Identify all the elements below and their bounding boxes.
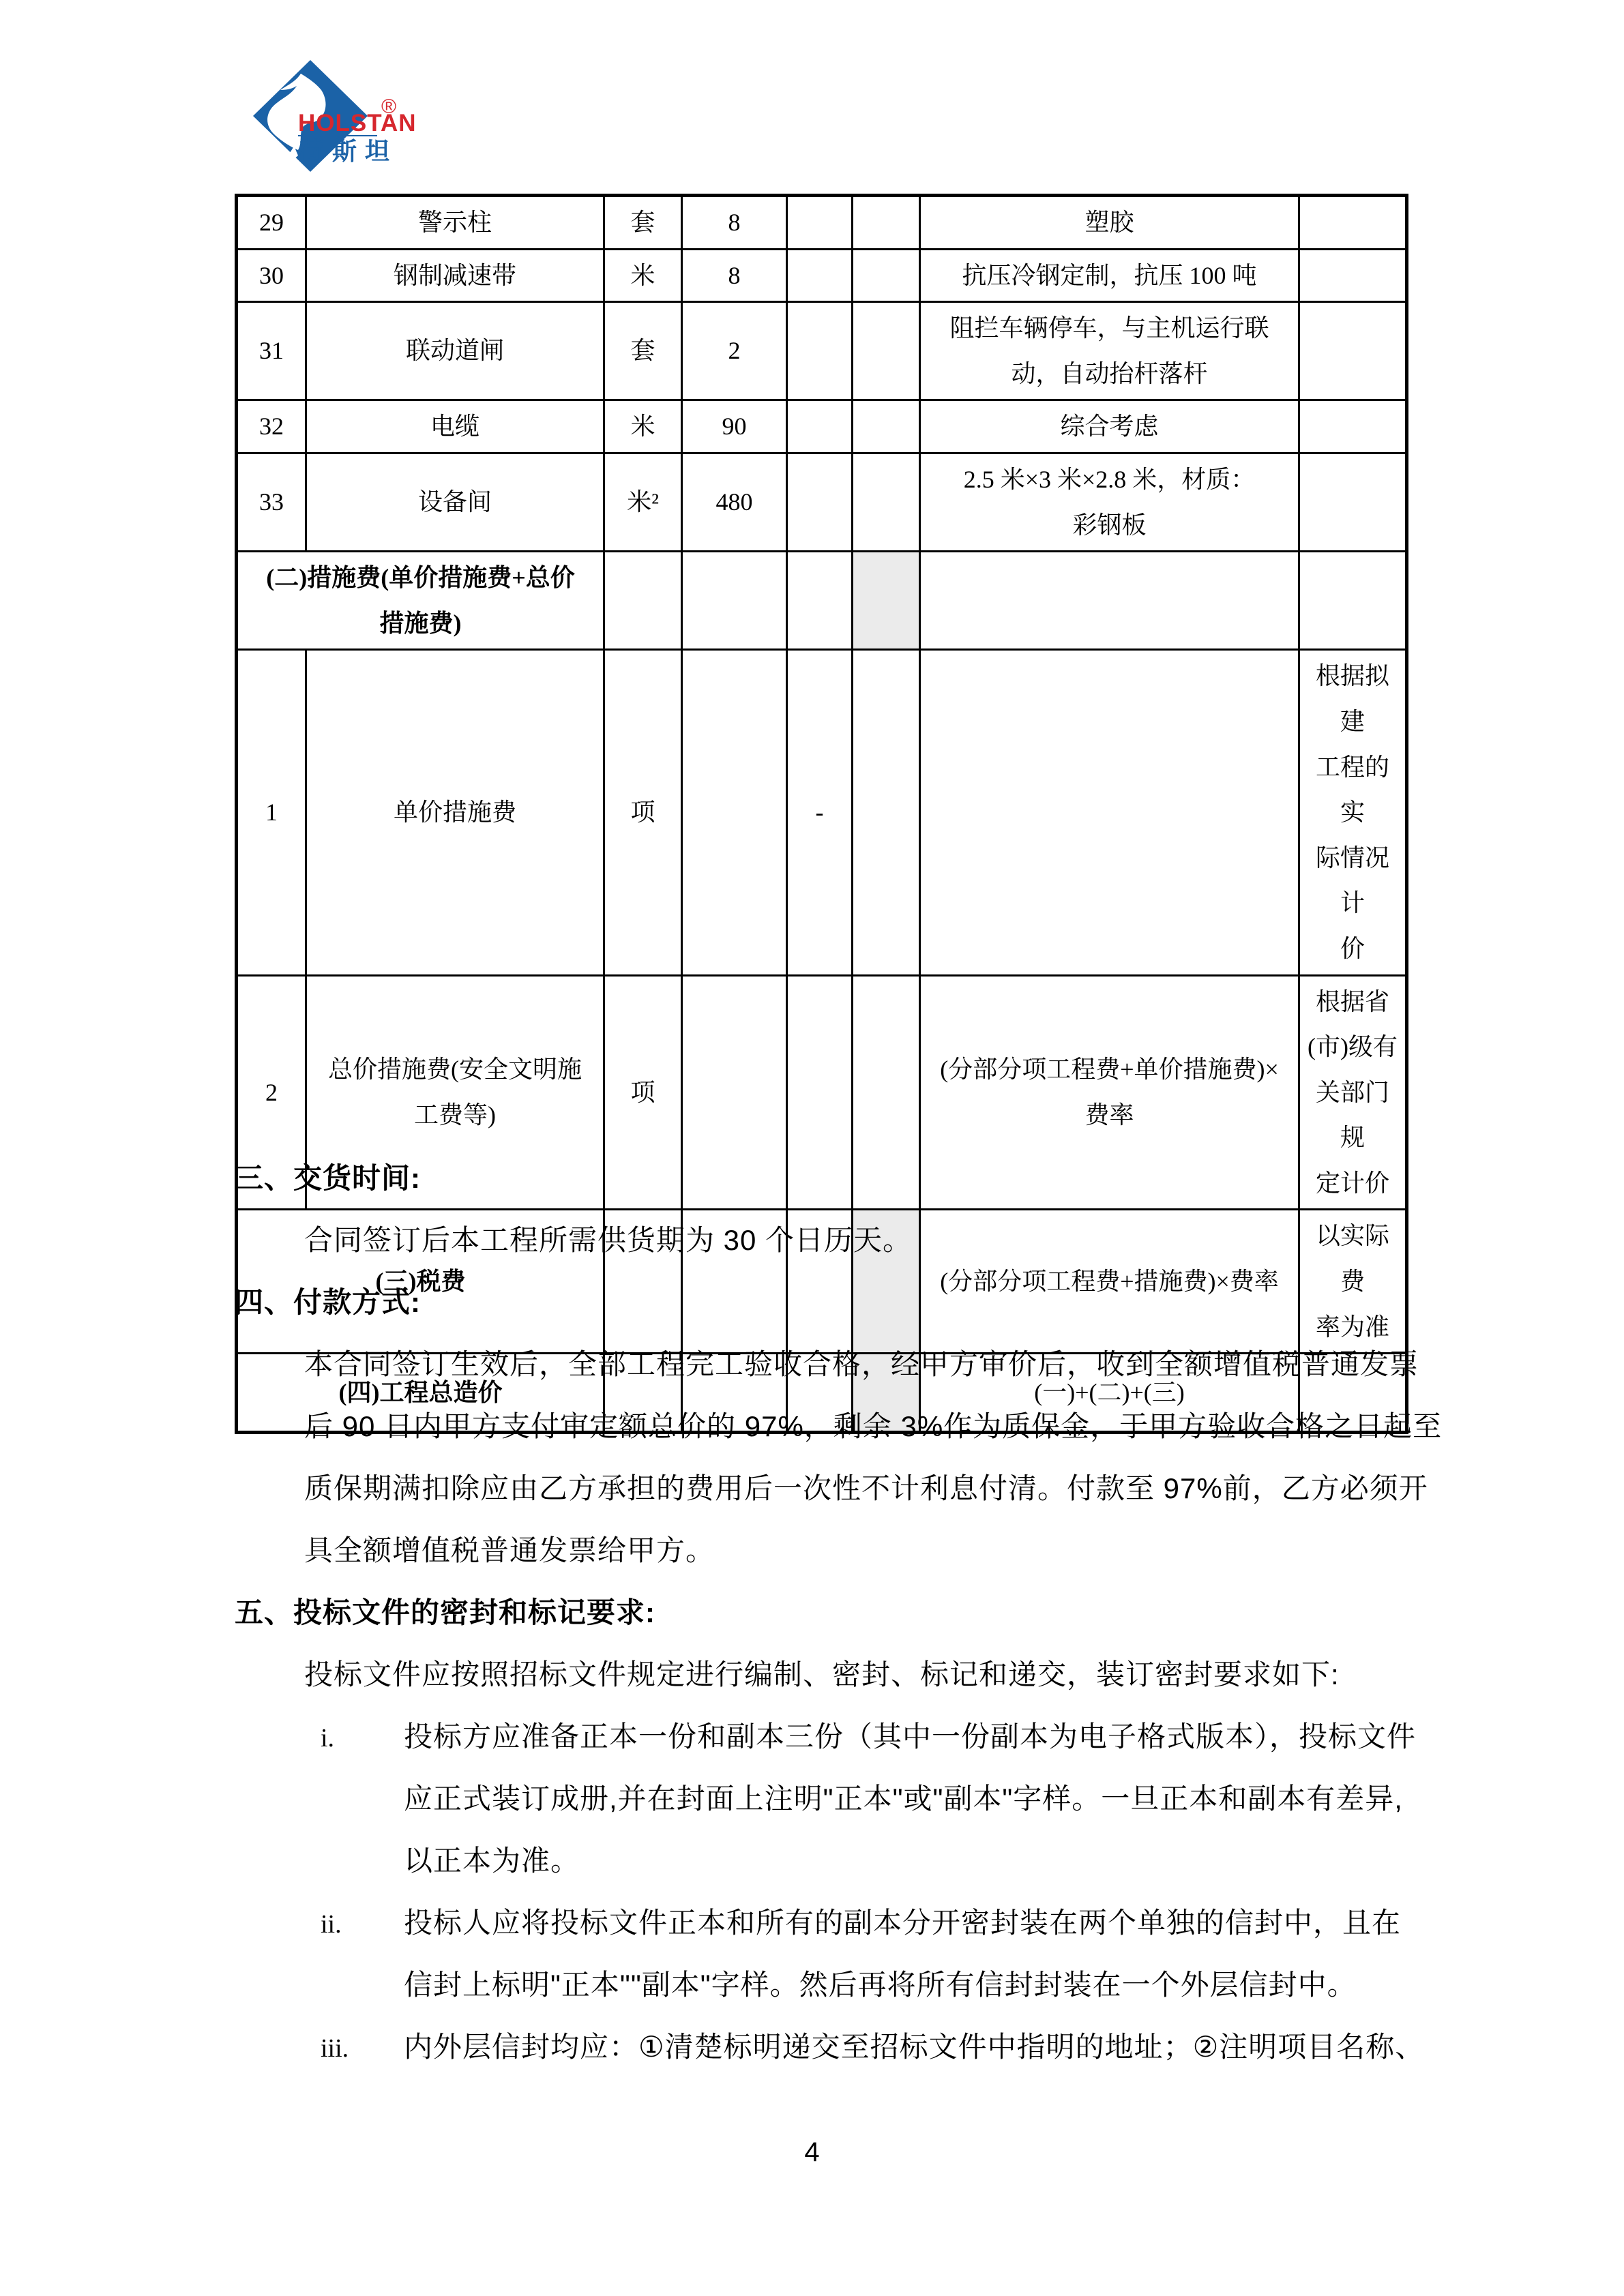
table-row: 33 设备间 米² 480 2.5 米×3 米×2.8 米，材质： 彩钢板: [237, 453, 1407, 551]
holstan-logo: HOLSTAN ® 荷斯坦: [235, 59, 419, 173]
list-marker: iii.: [321, 2029, 404, 2068]
table-row: 29 警示柱 套 8 塑胶: [237, 196, 1407, 250]
cell-name: 钢制减速带: [306, 249, 604, 302]
cell-desc: 塑胶: [920, 196, 1299, 250]
cell-unit: 米²: [604, 453, 682, 551]
cell-unit: 套: [604, 302, 682, 400]
cell-no: 32: [237, 400, 306, 453]
cell-desc: [920, 650, 1299, 975]
paragraph-line: 后 90 日内甲方支付审定额总价的 97%，剩余 3%作为质保金，于甲方验收合格…: [304, 1407, 1442, 1446]
cell-remark: [1299, 196, 1407, 250]
cell-remark: [1299, 453, 1407, 551]
list-marker: ii.: [321, 1905, 404, 1943]
paragraph-line: 以正本为准。: [404, 1842, 580, 1880]
list-item-text: 内外层信封均应：①清楚标明递交至招标文件中指明的地址；②注明项目名称、: [404, 2031, 1424, 2063]
cell-amount: [853, 400, 920, 453]
cell-desc: 阻拦车辆停车，与主机运行联 动，自动抬杆落杆: [920, 302, 1299, 400]
table-row: 31 联动道闸 套 2 阻拦车辆停车，与主机运行联 动，自动抬杆落杆: [237, 302, 1407, 400]
logo-brand-chinese: 荷斯坦: [299, 137, 398, 165]
registered-mark-icon: ®: [381, 95, 396, 118]
cell-desc: (分部分项工程费+措施费)×费率: [920, 1210, 1299, 1354]
section-heading-delivery: 三、交货时间:: [235, 1159, 421, 1197]
list-item-text: 投标方应准备正本一份和副本三份（其中一份副本为电子格式版本），投标文件: [404, 1720, 1416, 1753]
cell-desc: 抗压冷钢定制，抗压 100 吨: [920, 249, 1299, 302]
section-title-cell: (二)措施费(单价措施费+总价 措施费): [237, 552, 604, 650]
paragraph-line: 信封上标明"正本""副本"字样。然后再将所有信封封装在一个外层信封中。: [404, 1966, 1357, 2004]
cell-amount: [853, 302, 920, 400]
cell-price: [787, 249, 853, 302]
cell-unit: 项: [604, 975, 682, 1210]
paragraph-line: 具全额增值税普通发票给甲方。: [304, 1532, 715, 1570]
list-item-ii: ii.投标人应将投标文件正本和所有的副本分开密封装在两个单独的信封中，且在: [321, 1904, 1401, 1943]
logo-brand-text: HOLSTAN: [298, 110, 417, 136]
cell-price: -: [787, 650, 853, 975]
cell-desc: 2.5 米×3 米×2.8 米，材质： 彩钢板: [920, 453, 1299, 551]
cell-qty: [682, 975, 787, 1210]
cell-amount: [853, 975, 920, 1210]
paragraph-line: 应正式装订成册,并在封面上注明"正本"或"副本"字样。一旦正本和副本有差异,: [404, 1780, 1403, 1818]
table-row: 32 电缆 米 90 综合考虑: [237, 400, 1407, 453]
cell-remark: [1299, 302, 1407, 400]
cell-price: [787, 302, 853, 400]
cell-name: 联动道闸: [306, 302, 604, 400]
paragraph-line: 投标文件应按照招标文件规定进行编制、密封、标记和递交，装订密封要求如下:: [304, 1656, 1340, 1694]
cell-no: 30: [237, 249, 306, 302]
cell-remark: [1299, 552, 1407, 650]
list-marker: i.: [321, 1719, 404, 1757]
cell-amount: [853, 650, 920, 975]
section-heading-payment: 四、付款方式:: [235, 1283, 421, 1322]
cell-name: 警示柱: [306, 196, 604, 250]
cell-price: [787, 196, 853, 250]
cell-name: 电缆: [306, 400, 604, 453]
section-heading-sealing: 五、投标文件的密封和标记要求:: [235, 1594, 655, 1632]
cell-unit: 米: [604, 249, 682, 302]
paragraph-line: 质保期满扣除应由乙方承担的费用后一次性不计利息付清。付款至 97%前，乙方必须开: [304, 1470, 1428, 1508]
cell-amount: [853, 453, 920, 551]
cell-qty: 2: [682, 302, 787, 400]
cell-qty: 480: [682, 453, 787, 551]
cell-amount: [853, 196, 920, 250]
cell-no: 31: [237, 302, 306, 400]
cell-unit: 项: [604, 650, 682, 975]
cell-remark: [1299, 400, 1407, 453]
cell-unit: 套: [604, 196, 682, 250]
table-row-section: (二)措施费(单价措施费+总价 措施费): [237, 552, 1407, 650]
page-number: 4: [0, 2137, 1624, 2168]
cell-no: 1: [237, 650, 306, 975]
cell-price: [787, 552, 853, 650]
paragraph-line: 本合同签订生效后，全部工程完工验收合格，经甲方审价后，收到全额增值税普通发票: [304, 1345, 1419, 1384]
cell-remark: 根据省 (市)级有 关部门规 定计价: [1299, 975, 1407, 1210]
cell-qty: [682, 650, 787, 975]
cell-unit: 米: [604, 400, 682, 453]
cell-price: [787, 975, 853, 1210]
shaded-cell: [853, 552, 920, 650]
cell-no: 33: [237, 453, 306, 551]
list-item-text: 投标人应将投标文件正本和所有的副本分开密封装在两个单独的信封中，且在: [404, 1907, 1401, 1939]
table-row: 1 单价措施费 项 - 根据拟建 工程的实 际情况计 价: [237, 650, 1407, 975]
cell-price: [787, 453, 853, 551]
cell-name: 设备间: [306, 453, 604, 551]
cell-remark: 以实际费 率为准: [1299, 1210, 1407, 1354]
cell-unit: [604, 552, 682, 650]
cell-remark: 根据拟建 工程的实 际情况计 价: [1299, 650, 1407, 975]
cell-no: 29: [237, 196, 306, 250]
cell-desc: 综合考虑: [920, 400, 1299, 453]
list-item-i: i.投标方应准备正本一份和副本三份（其中一份副本为电子格式版本），投标文件: [321, 1718, 1416, 1757]
cell-qty: [682, 552, 787, 650]
cell-qty: 8: [682, 196, 787, 250]
paragraph-line: 合同签订后本工程所需供货期为 30 个日历天。: [304, 1221, 912, 1259]
cell-price: [787, 400, 853, 453]
cell-desc: [920, 552, 1299, 650]
list-item-iii: iii.内外层信封均应：①清楚标明递交至招标文件中指明的地址；②注明项目名称、: [321, 2028, 1424, 2068]
cell-name: 单价措施费: [306, 650, 604, 975]
cell-qty: 8: [682, 249, 787, 302]
table-row: 30 钢制减速带 米 8 抗压冷钢定制，抗压 100 吨: [237, 249, 1407, 302]
cell-desc: (分部分项工程费+单价措施费)× 费率: [920, 975, 1299, 1210]
cell-remark: [1299, 249, 1407, 302]
document-page: HOLSTAN ® 荷斯坦 29 警示柱 套 8 塑胶 30 钢制减速带 米 8: [0, 0, 1624, 2296]
cell-amount: [853, 249, 920, 302]
cell-qty: 90: [682, 400, 787, 453]
